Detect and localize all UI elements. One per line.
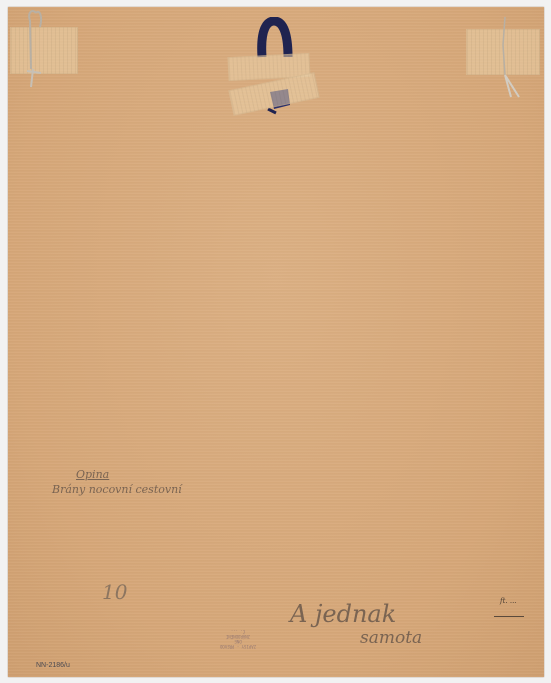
inscription-main-line2: samota <box>360 628 422 648</box>
inscription-subtitle: Brány nocovní cestovní <box>52 483 182 496</box>
archive-stamp: ZÁPISY - PŘEVOD DNE ZNÁRODNĚNÍ Č. ... <box>198 629 278 649</box>
inscription-main-line1: A jednak <box>290 600 396 628</box>
inventory-number: NN-2186/u <box>36 662 70 669</box>
corner-underline <box>494 616 524 617</box>
hanging-string-right-icon <box>493 15 533 100</box>
inscription-number: 10 <box>102 580 127 604</box>
inscription-title: Opina <box>76 468 109 481</box>
cardboard-backing: Opina Brány nocovní cestovní 10 A jednak… <box>8 7 544 677</box>
hanging-string-left-icon <box>23 9 53 89</box>
corner-mark: ft. ... <box>500 597 517 605</box>
